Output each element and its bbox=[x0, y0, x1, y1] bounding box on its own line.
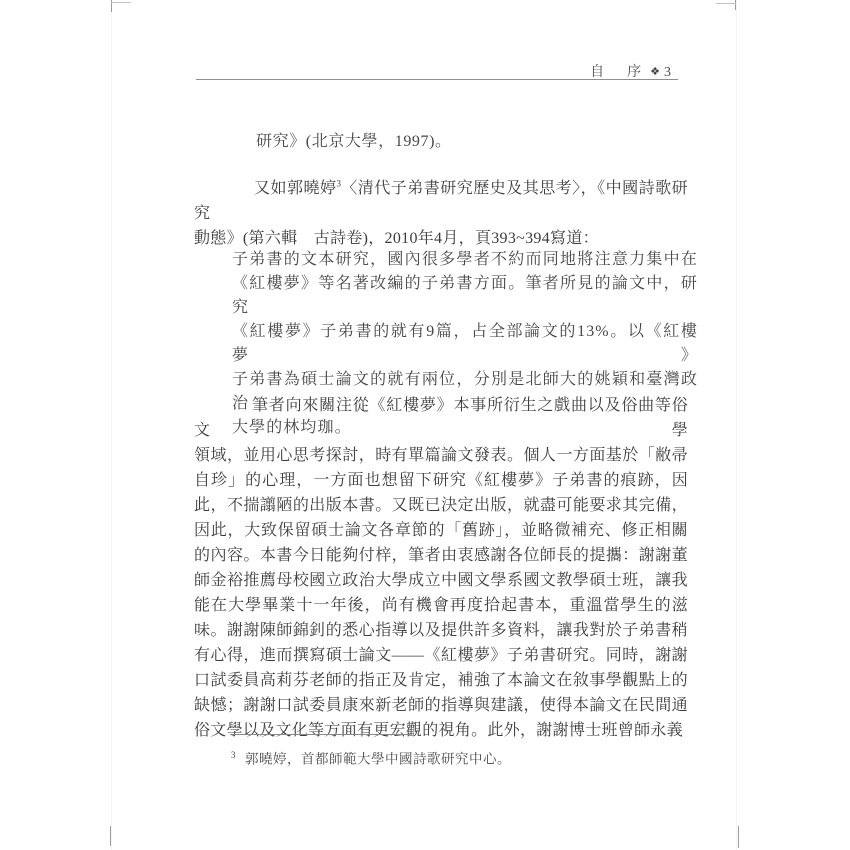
citation-text: 又如郭曉婷 bbox=[254, 180, 337, 197]
continuation-paragraph: 研究》(北京大學，1997)。 bbox=[256, 129, 452, 154]
text-line: 口試委員高莉芬老師的指正及肯定，補強了本論文在敘事學觀點上的 bbox=[194, 668, 688, 693]
diamond-ornament-icon: ❖ bbox=[650, 66, 661, 78]
text-line: 能在大學畢業十一年後，尚有機會再度拾起書本，重溫當學生的滋 bbox=[194, 593, 688, 618]
text-line: 有心得，進而撰寫碩士論文——《紅樓夢》子弟書研究。同時，謝謝 bbox=[194, 643, 688, 668]
footnote-text: 郭曉婷，首都師範大學中國詩歌研究中心。 bbox=[245, 752, 511, 767]
page-edge-mark bbox=[716, 3, 736, 4]
page-edge-mark bbox=[736, 0, 737, 850]
text-line: 又如郭曉婷3〈清代子弟書研究歷史及其思考〉，《中國詩歌研究 bbox=[194, 176, 688, 226]
page-edge-mark bbox=[735, 0, 736, 10]
text-line: 自珍」的心理，一方面也想留下研究《紅樓夢》子弟書的痕跡，因 bbox=[194, 468, 688, 493]
header-title-char: 序 bbox=[627, 65, 642, 80]
page-number: 3 bbox=[664, 65, 672, 80]
text-line: 缺憾；謝謝口試委員康來新老師的指導與建議，使得本論文在民間通 bbox=[194, 693, 688, 718]
footnote: 3郭曉婷，首都師範大學中國詩歌研究中心。 bbox=[231, 745, 511, 770]
citation-paragraph: 又如郭曉婷3〈清代子弟書研究歷史及其思考〉，《中國詩歌研究 動態》(第六輯 古詩… bbox=[194, 176, 688, 251]
text-line: 子弟書的文本研究，國內很多學者不約而同地將注意力集中在 bbox=[232, 248, 698, 272]
page-edge-mark bbox=[111, 2, 131, 3]
text-line: 領域，並用心思考探討，時有單篇論文發表。個人一方面基於「敝帚 bbox=[194, 443, 688, 468]
text-line: 筆者向來關注從《紅樓夢》本事所衍生之戲曲以及俗曲等俗文學 bbox=[194, 393, 688, 443]
text-line: 此，不揣譾陋的出版本書。又既已決定出版，就盡可能要求其完備， bbox=[194, 493, 688, 518]
footnote-rule bbox=[230, 734, 410, 735]
text-line: 的內容。本書今日能夠付梓，筆者由衷感謝各位師長的提攜：謝謝董 bbox=[194, 543, 688, 568]
footnote-marker: 3 bbox=[231, 750, 236, 760]
text-line: 因此，大致保留碩士論文各章節的「舊跡」，並略微補充、修正相關 bbox=[194, 518, 688, 543]
text-line: 《紅樓夢》子弟書的就有9篇，占全部論文的13%。以《紅樓夢》 bbox=[232, 320, 698, 368]
header-title-char: 自 bbox=[590, 65, 605, 80]
main-paragraph: 筆者向來關注從《紅樓夢》本事所衍生之戲曲以及俗曲等俗文學領域，並用心思考探討，時… bbox=[194, 393, 688, 743]
text-line: 師金裕推薦母校國立政治大學成立中國文學系國文教學碩士班，讓我 bbox=[194, 568, 688, 593]
running-header: 自序❖3 bbox=[194, 61, 672, 81]
page-edge-mark bbox=[111, 0, 112, 850]
header-rule bbox=[196, 79, 678, 80]
text-line: 《紅樓夢》等名著改編的子弟書方面。筆者所見的論文中，研究 bbox=[232, 272, 698, 320]
text-line: 俗文學以及文化等方面有更宏觀的視角。此外，謝謝博士班曾師永義 bbox=[194, 718, 688, 743]
text-line: 味。謝謝陳師錦釗的悉心指導以及提供許多資料，讓我對於子弟書稍 bbox=[194, 618, 688, 643]
page-edge-mark bbox=[110, 826, 111, 846]
page-edge-mark bbox=[738, 826, 739, 848]
